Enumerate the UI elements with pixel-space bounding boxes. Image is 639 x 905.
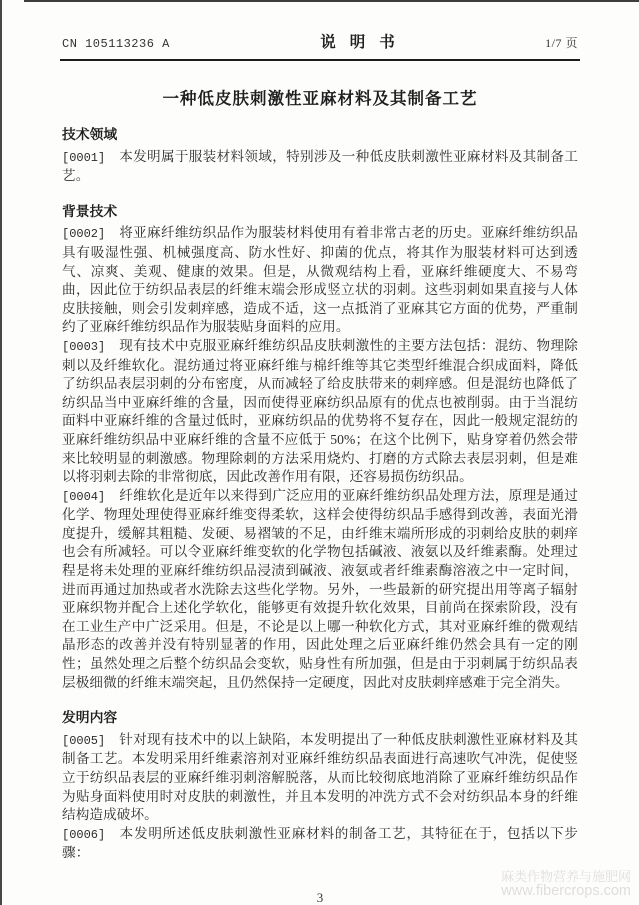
- publication-number: CN 105113236 A: [62, 37, 170, 51]
- paragraph-0003: [0003]现有技术中克服亚麻纤维纺织品皮肤刺激性的主要方法包括：混纺、物理除刺…: [62, 337, 578, 487]
- paragraph-text: 将亚麻纤维纺织品作为服装材料使用有着非常古老的历史。亚麻纤维纺织品具有吸湿性强、…: [62, 225, 578, 334]
- document-body: 技术领域 [0001]本发明属于服装材料领域，特别涉及一种低皮肤刺激性亚麻材料及…: [62, 126, 578, 905]
- paragraph-0004: [0004]纤维软化是近年以来得到广泛应用的亚麻纤维纺织品处理方法，原理是通过化…: [62, 487, 578, 693]
- watermark: 麻类作物营养与施肥网 www.fibercrops.com: [501, 869, 631, 899]
- section-heading-technical-field: 技术领域: [62, 126, 578, 145]
- paragraph-text: 本发明所述低皮肤刺激性亚麻材料的制备工艺，其特征在于，包括以下步骤：: [62, 826, 578, 861]
- invention-title: 一种低皮肤刺激性亚麻材料及其制备工艺: [62, 85, 578, 109]
- paragraph-text: 针对现有技术中的以上缺陷，本发明提出了一种低皮肤刺激性亚麻材料及其制备工艺。本发…: [62, 732, 578, 822]
- paragraph-tag: [0001]: [62, 149, 119, 168]
- paragraph-tag: [0004]: [62, 488, 119, 507]
- watermark-site-name: 麻类作物营养与施肥网: [501, 869, 631, 884]
- paragraph-0006: [0006]本发明所述低皮肤刺激性亚麻材料的制备工艺，其特征在于，包括以下步骤：: [62, 825, 578, 863]
- page-indicator: 1/7 页: [545, 34, 578, 51]
- page-header: CN 105113236 A 说明书 1/7 页: [62, 30, 578, 52]
- patent-specification-page: CN 105113236 A 说明书 1/7 页 一种低皮肤刺激性亚麻材料及其制…: [0, 0, 639, 905]
- paragraph-tag: [0003]: [62, 338, 119, 357]
- paragraph-text: 本发明属于服装材料领域，特别涉及一种低皮肤刺激性亚麻材料及其制备工艺。: [62, 149, 578, 184]
- header-rule: [60, 59, 580, 61]
- paragraph-0005: [0005]针对现有技术中的以上缺陷，本发明提出了一种低皮肤刺激性亚麻材料及其制…: [62, 731, 578, 825]
- paragraph-tag: [0006]: [62, 826, 119, 845]
- section-heading-background: 背景技术: [62, 203, 578, 222]
- paragraph-tag: [0002]: [62, 225, 119, 244]
- paragraph-tag: [0005]: [62, 732, 119, 751]
- document-type-title: 说明书: [306, 30, 409, 52]
- paragraph-text: 纤维软化是近年以来得到广泛应用的亚麻纤维纺织品处理方法，原理是通过化学、物理处理…: [62, 488, 578, 690]
- paragraph-0002: [0002]将亚麻纤维纺织品作为服装材料使用有着非常古老的历史。亚麻纤维纺织品具…: [62, 224, 578, 337]
- paragraph-0001: [0001]本发明属于服装材料领域，特别涉及一种低皮肤刺激性亚麻材料及其制备工艺…: [62, 148, 578, 186]
- section-heading-summary: 发明内容: [62, 709, 578, 728]
- watermark-site-url: www.fibercrops.com: [501, 884, 631, 899]
- paragraph-text: 现有技术中克服亚麻纤维纺织品皮肤刺激性的主要方法包括：混纺、物理除刺以及纤维软化…: [62, 338, 578, 484]
